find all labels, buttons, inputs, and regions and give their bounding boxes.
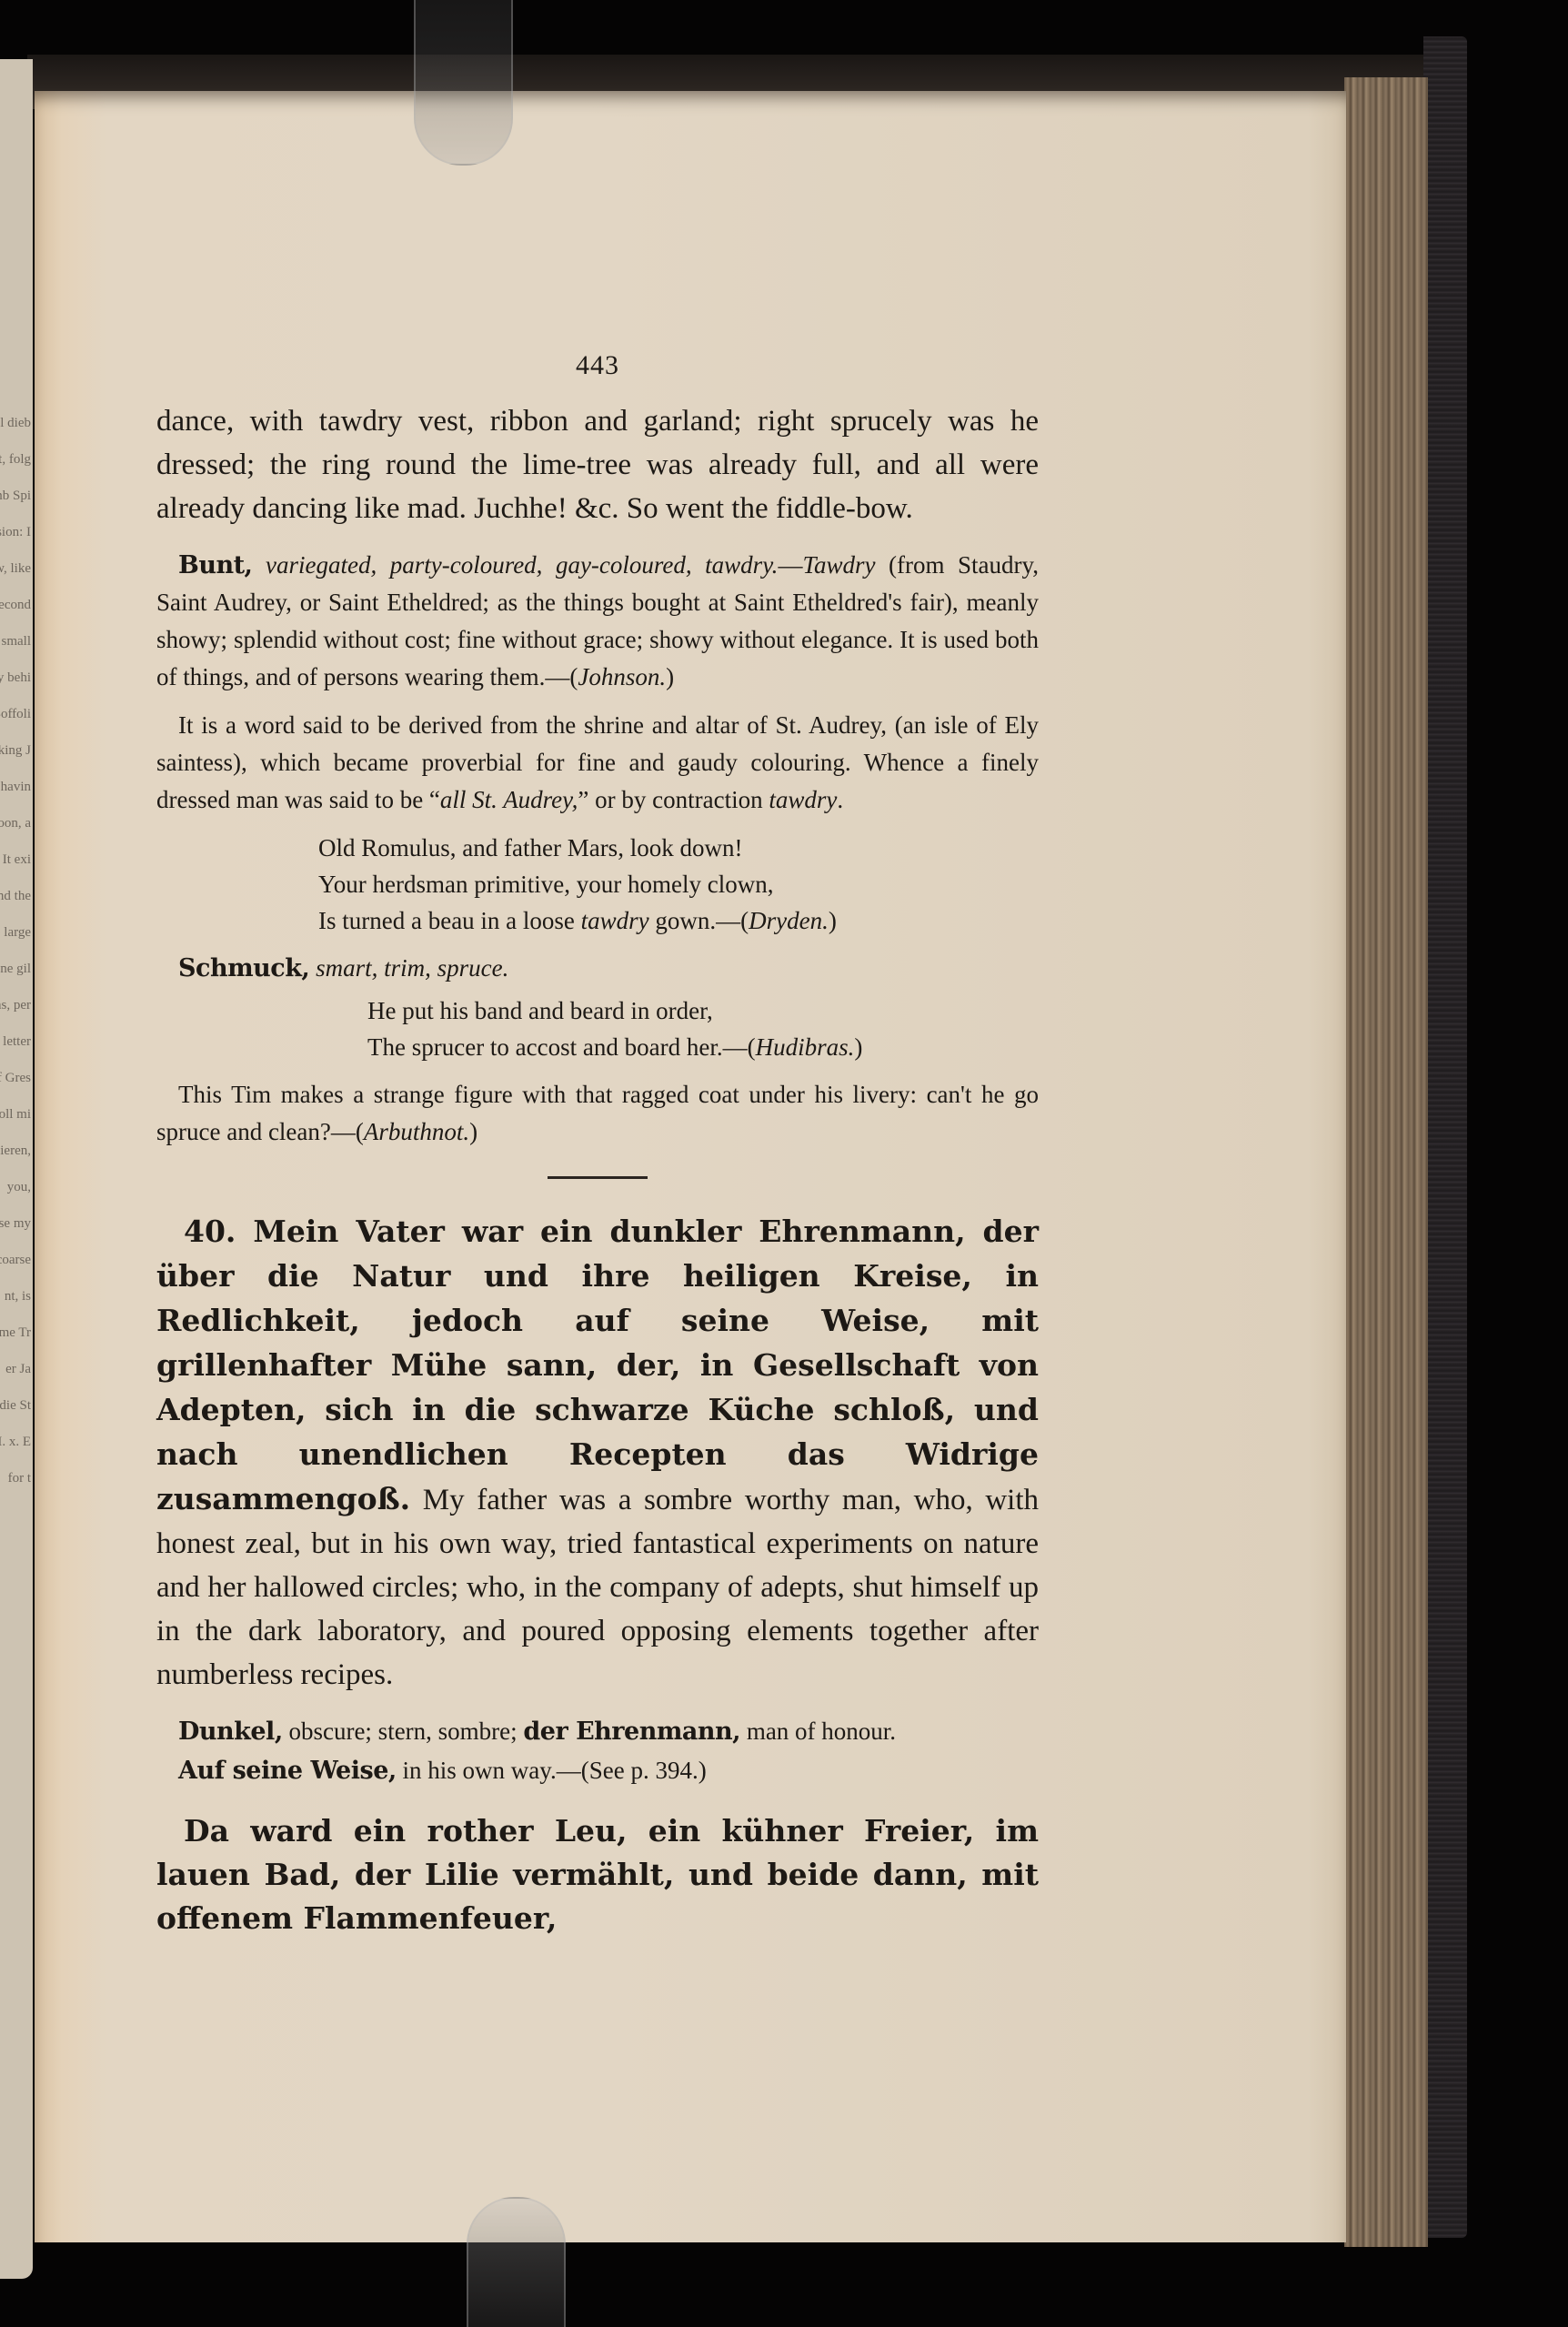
note-arbuthnot: This Tim makes a strange figure with tha… [156, 1076, 1039, 1151]
left-page-fragment: rnoon, a [0, 805, 31, 841]
left-page-fragment: el dieb [0, 405, 31, 441]
left-page-fragment: nt, is [5, 1278, 31, 1315]
section-40: 40. Mein Vater war ein dunkler Ehrenmann… [156, 1210, 1039, 1697]
verse-italic: tawdry [581, 907, 649, 934]
verse-source: Dryden. [749, 907, 829, 934]
note-bunt: Bunt, variegated, party-coloured, gay-co… [156, 547, 1039, 696]
left-page-fragment: for t [8, 1460, 31, 1496]
left-page-fragment: er Ja [5, 1351, 31, 1387]
verse-text: gown.—( [649, 907, 749, 934]
verse-line: Is turned a beau in a loose tawdry gown.… [318, 902, 1039, 939]
left-page-fragment: lecond [0, 587, 31, 623]
left-page-fragment: coarse [0, 1242, 31, 1278]
dash: — [778, 551, 802, 579]
verse-dryden: Old Romulus, and father Mars, look down!… [156, 830, 1039, 939]
left-page-fragment: se my [0, 1205, 31, 1242]
verse-hudibras: He put his band and beard in order, The … [156, 992, 1039, 1065]
left-page-fragment: It exi [3, 841, 31, 878]
verse-line: The sprucer to accost and board her.—(Hu… [367, 1029, 1039, 1065]
note-gloss: variegated, party-coloured, gay-coloured… [266, 551, 778, 579]
note-auf-seine-weise: Auf seine Weise, in his own way.—(See p.… [156, 1752, 1039, 1789]
paren: ) [469, 1118, 477, 1145]
page-edges [1344, 77, 1428, 2247]
left-page-fragment: ow, like [0, 550, 31, 587]
left-page-fragment: of Gres [0, 1060, 31, 1096]
page-number: 443 [156, 350, 1039, 381]
left-page-fragment: you, [7, 1169, 31, 1205]
left-page-fragment: he large [0, 914, 31, 951]
left-page-fragment: fine gil [0, 951, 31, 987]
paren: ) [666, 663, 674, 690]
verse-text: The sprucer to accost and board her.—( [367, 1033, 756, 1061]
note-dunkel: Dunkel, obscure; stern, sombre; der Ehre… [156, 1713, 1039, 1750]
left-page-fragment: Boffoli [0, 696, 31, 732]
section-40-continuation: Da ward ein rother Leu, ein kühner Freie… [156, 1809, 1039, 1940]
left-page-fragment: et, folg [0, 441, 31, 478]
verse-line: Old Romulus, and father Mars, look down! [318, 830, 1039, 866]
paren: ) [854, 1033, 862, 1061]
left-page-fragment: y behi [0, 660, 31, 696]
continuation-paragraph: dance, with tawdry vest, ribbon and garl… [156, 399, 1039, 530]
verse-line: He put his band and beard in order, [367, 992, 1039, 1029]
note-gloss: smart, trim, spruce. [316, 954, 508, 982]
left-page-fragment: and the [0, 878, 31, 914]
left-page-fragment: s small [0, 623, 31, 660]
note-headword: Auf seine Weise, [178, 1757, 397, 1785]
page-clip-bottom [467, 2197, 566, 2327]
note-text: in his own way.—(See p. 394.) [397, 1757, 707, 1784]
left-page-fragment: ieren, [0, 1133, 31, 1169]
left-page-fragment: letter [3, 1023, 31, 1060]
note-term: Tawdry [802, 551, 875, 579]
verse-line: Your herdsman primitive, your homely clo… [318, 866, 1039, 902]
paren: ) [829, 907, 837, 934]
left-page-fragment: die St [0, 1387, 31, 1424]
note-italic: all St. Audrey, [440, 786, 578, 813]
book-cover-spine-edge [1423, 36, 1467, 2238]
note-text: ” or by contraction [578, 786, 769, 813]
german-text: 40. Mein Vater war ein dunkler Ehrenmann… [156, 1214, 1039, 1516]
note-headword: der Ehrenmann, [523, 1718, 740, 1746]
left-page-fragment: as havin [0, 769, 31, 805]
note-italic: tawdry [769, 786, 837, 813]
page-clip-top [414, 0, 513, 166]
note-text: man of honour. [740, 1718, 896, 1745]
page-text: 443 dance, with tawdry vest, ribbon and … [156, 350, 1039, 1957]
note-text: obscure; stern, sombre; [283, 1718, 524, 1745]
note-headword: Bunt, [178, 551, 252, 579]
note-headword: Dunkel, [178, 1718, 283, 1746]
note-headword: Schmuck, [178, 954, 309, 982]
note-st-audrey: It is a word said to be derived from the… [156, 707, 1039, 819]
note-schmuck: Schmuck, smart, trim, spruce. [156, 950, 1039, 987]
note-source: Arbuthnot. [364, 1118, 469, 1145]
note-source: Johnson. [578, 663, 666, 690]
verse-source: Hudibras. [756, 1033, 855, 1061]
left-page-fragment: mb Spi [0, 478, 31, 514]
section-divider [548, 1176, 648, 1179]
note-text: This Tim makes a strange figure with tha… [156, 1081, 1039, 1145]
left-page-fragment: oll mi [0, 1096, 31, 1133]
left-page-fragment: king J [0, 732, 31, 769]
note-text: . [837, 786, 843, 813]
left-page-strip: el diebet, folgmb SpiVersion: Iow, likel… [0, 59, 33, 2279]
left-page-fragment: ns, per [0, 987, 31, 1023]
left-page-fragment: me Tr [0, 1315, 31, 1351]
left-page-fragment: Version: I [0, 514, 31, 550]
verse-text: Is turned a beau in a loose [318, 907, 581, 934]
left-page-fragment: I. x. E [0, 1424, 31, 1460]
